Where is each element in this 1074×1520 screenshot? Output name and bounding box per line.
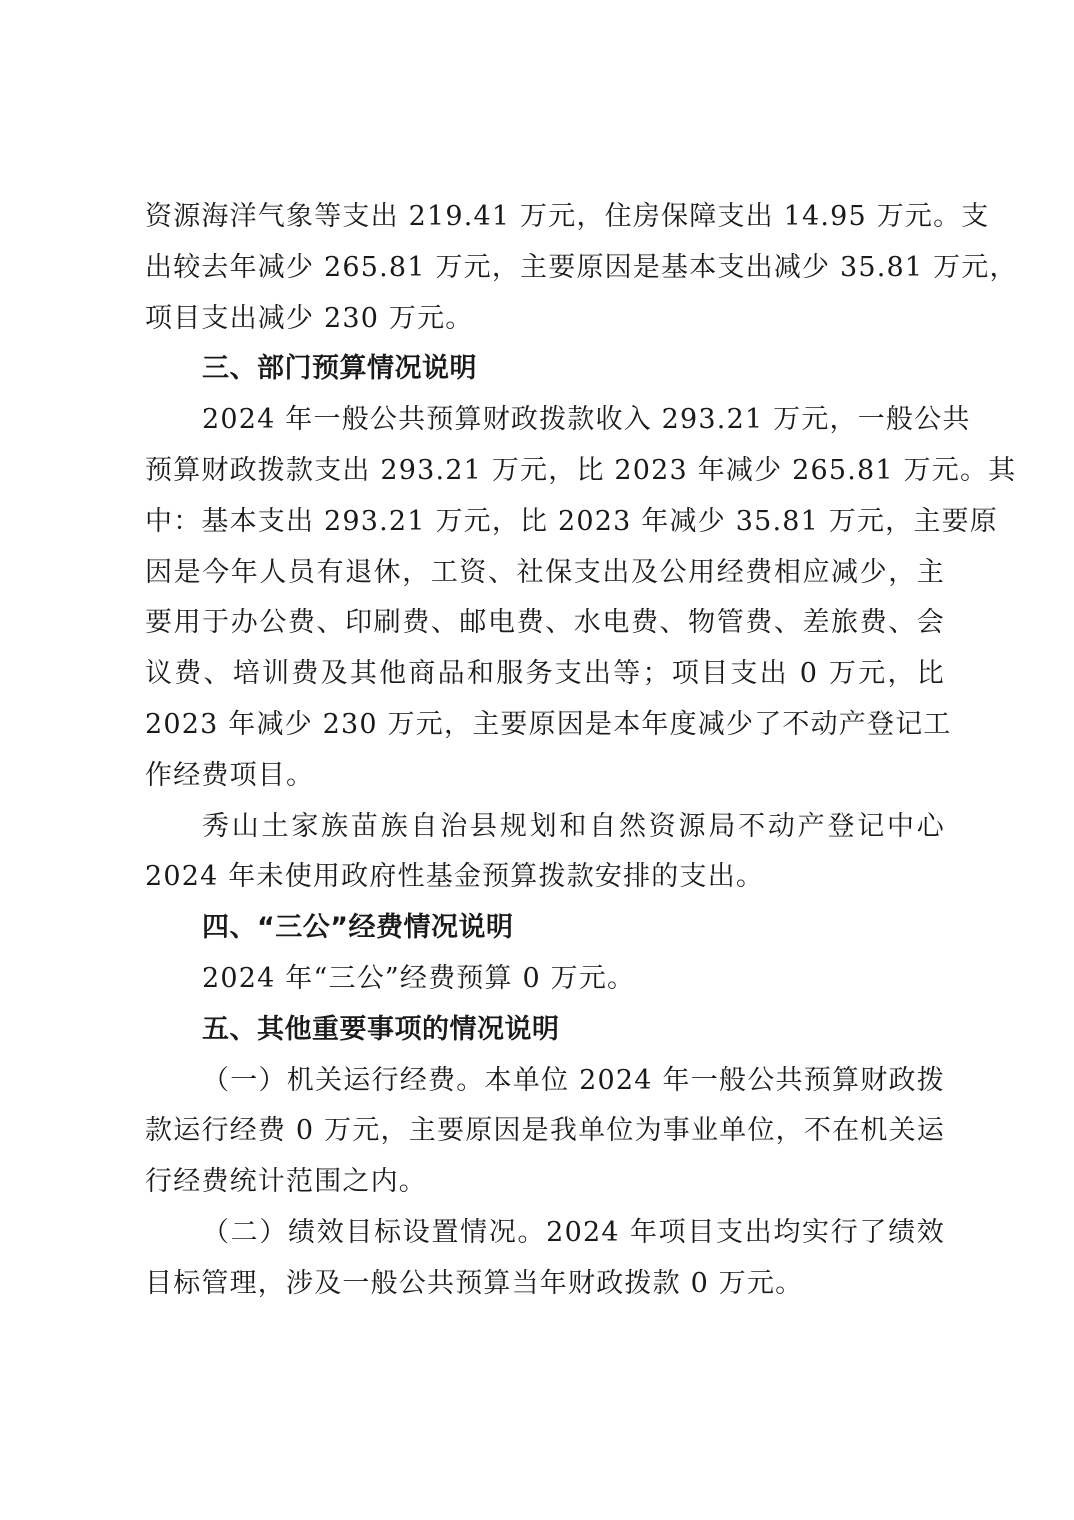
- performance-target-paragraph: （二）绩效目标设置情况。2024 年项目支出均实行了绩效 目标管理，涉及一般公共…: [145, 1208, 945, 1310]
- text-line: （一）机关运行经费。本单位 2024 年一般公共预算财政拨: [145, 1056, 945, 1107]
- text-line: 款运行经费 0 万元，主要原因是我单位为事业单位，不在机关运: [145, 1106, 945, 1157]
- text-line: 资源海洋气象等支出 219.41 万元，住房保障支出 14.95 万元。支: [145, 192, 945, 243]
- text-line: 议费、培训费及其他商品和服务支出等；项目支出 0 万元，比: [145, 649, 945, 700]
- text-line: 2024 年一般公共预算财政拨款收入 293.21 万元，一般公共: [145, 395, 945, 446]
- text-line: 秀山土家族苗族自治县规划和自然资源局不动产登记中心: [145, 802, 945, 853]
- text-line: 行经费统计范围之内。: [145, 1157, 945, 1208]
- text-line: 2024 年未使用政府性基金预算拨款安排的支出。: [145, 852, 945, 903]
- text-line: （二）绩效目标设置情况。2024 年项目支出均实行了绩效: [145, 1208, 945, 1259]
- budget-paragraph: 2024 年一般公共预算财政拨款收入 293.21 万元，一般公共 预算财政拨款…: [145, 395, 945, 801]
- text-line: 因是今年人员有退休，工资、社保支出及公用经费相应减少，主: [145, 548, 945, 599]
- text-line: 中：基本支出 293.21 万元，比 2023 年减少 35.81 万元，主要原: [145, 497, 945, 548]
- operating-expense-paragraph: （一）机关运行经费。本单位 2024 年一般公共预算财政拨 款运行经费 0 万元…: [145, 1056, 945, 1208]
- text-line: 出较去年减少 265.81 万元，主要原因是基本支出减少 35.81 万元，: [145, 243, 945, 294]
- section-heading-budget: 三、部门预算情况说明: [145, 344, 945, 395]
- intro-paragraph: 资源海洋气象等支出 219.41 万元，住房保障支出 14.95 万元。支 出较…: [145, 192, 945, 344]
- three-public-paragraph: 2024 年“三公”经费预算 0 万元。: [145, 954, 945, 1005]
- document-page: 资源海洋气象等支出 219.41 万元，住房保障支出 14.95 万元。支 出较…: [145, 192, 945, 1310]
- section-heading-other-matters: 五、其他重要事项的情况说明: [145, 1005, 945, 1056]
- text-line: 2024 年“三公”经费预算 0 万元。: [145, 954, 945, 1005]
- text-line: 目标管理，涉及一般公共预算当年财政拨款 0 万元。: [145, 1259, 945, 1310]
- text-line: 2023 年减少 230 万元，主要原因是本年度减少了不动产登记工: [145, 700, 945, 751]
- section-heading-three-public: 四、“三公”经费情况说明: [145, 903, 945, 954]
- text-line: 项目支出减少 230 万元。: [145, 294, 945, 345]
- text-line: 预算财政拨款支出 293.21 万元，比 2023 年减少 265.81 万元。…: [145, 446, 945, 497]
- text-line: 作经费项目。: [145, 751, 945, 802]
- text-line: 要用于办公费、印刷费、邮电费、水电费、物管费、差旅费、会: [145, 598, 945, 649]
- government-fund-paragraph: 秀山土家族苗族自治县规划和自然资源局不动产登记中心 2024 年未使用政府性基金…: [145, 802, 945, 904]
